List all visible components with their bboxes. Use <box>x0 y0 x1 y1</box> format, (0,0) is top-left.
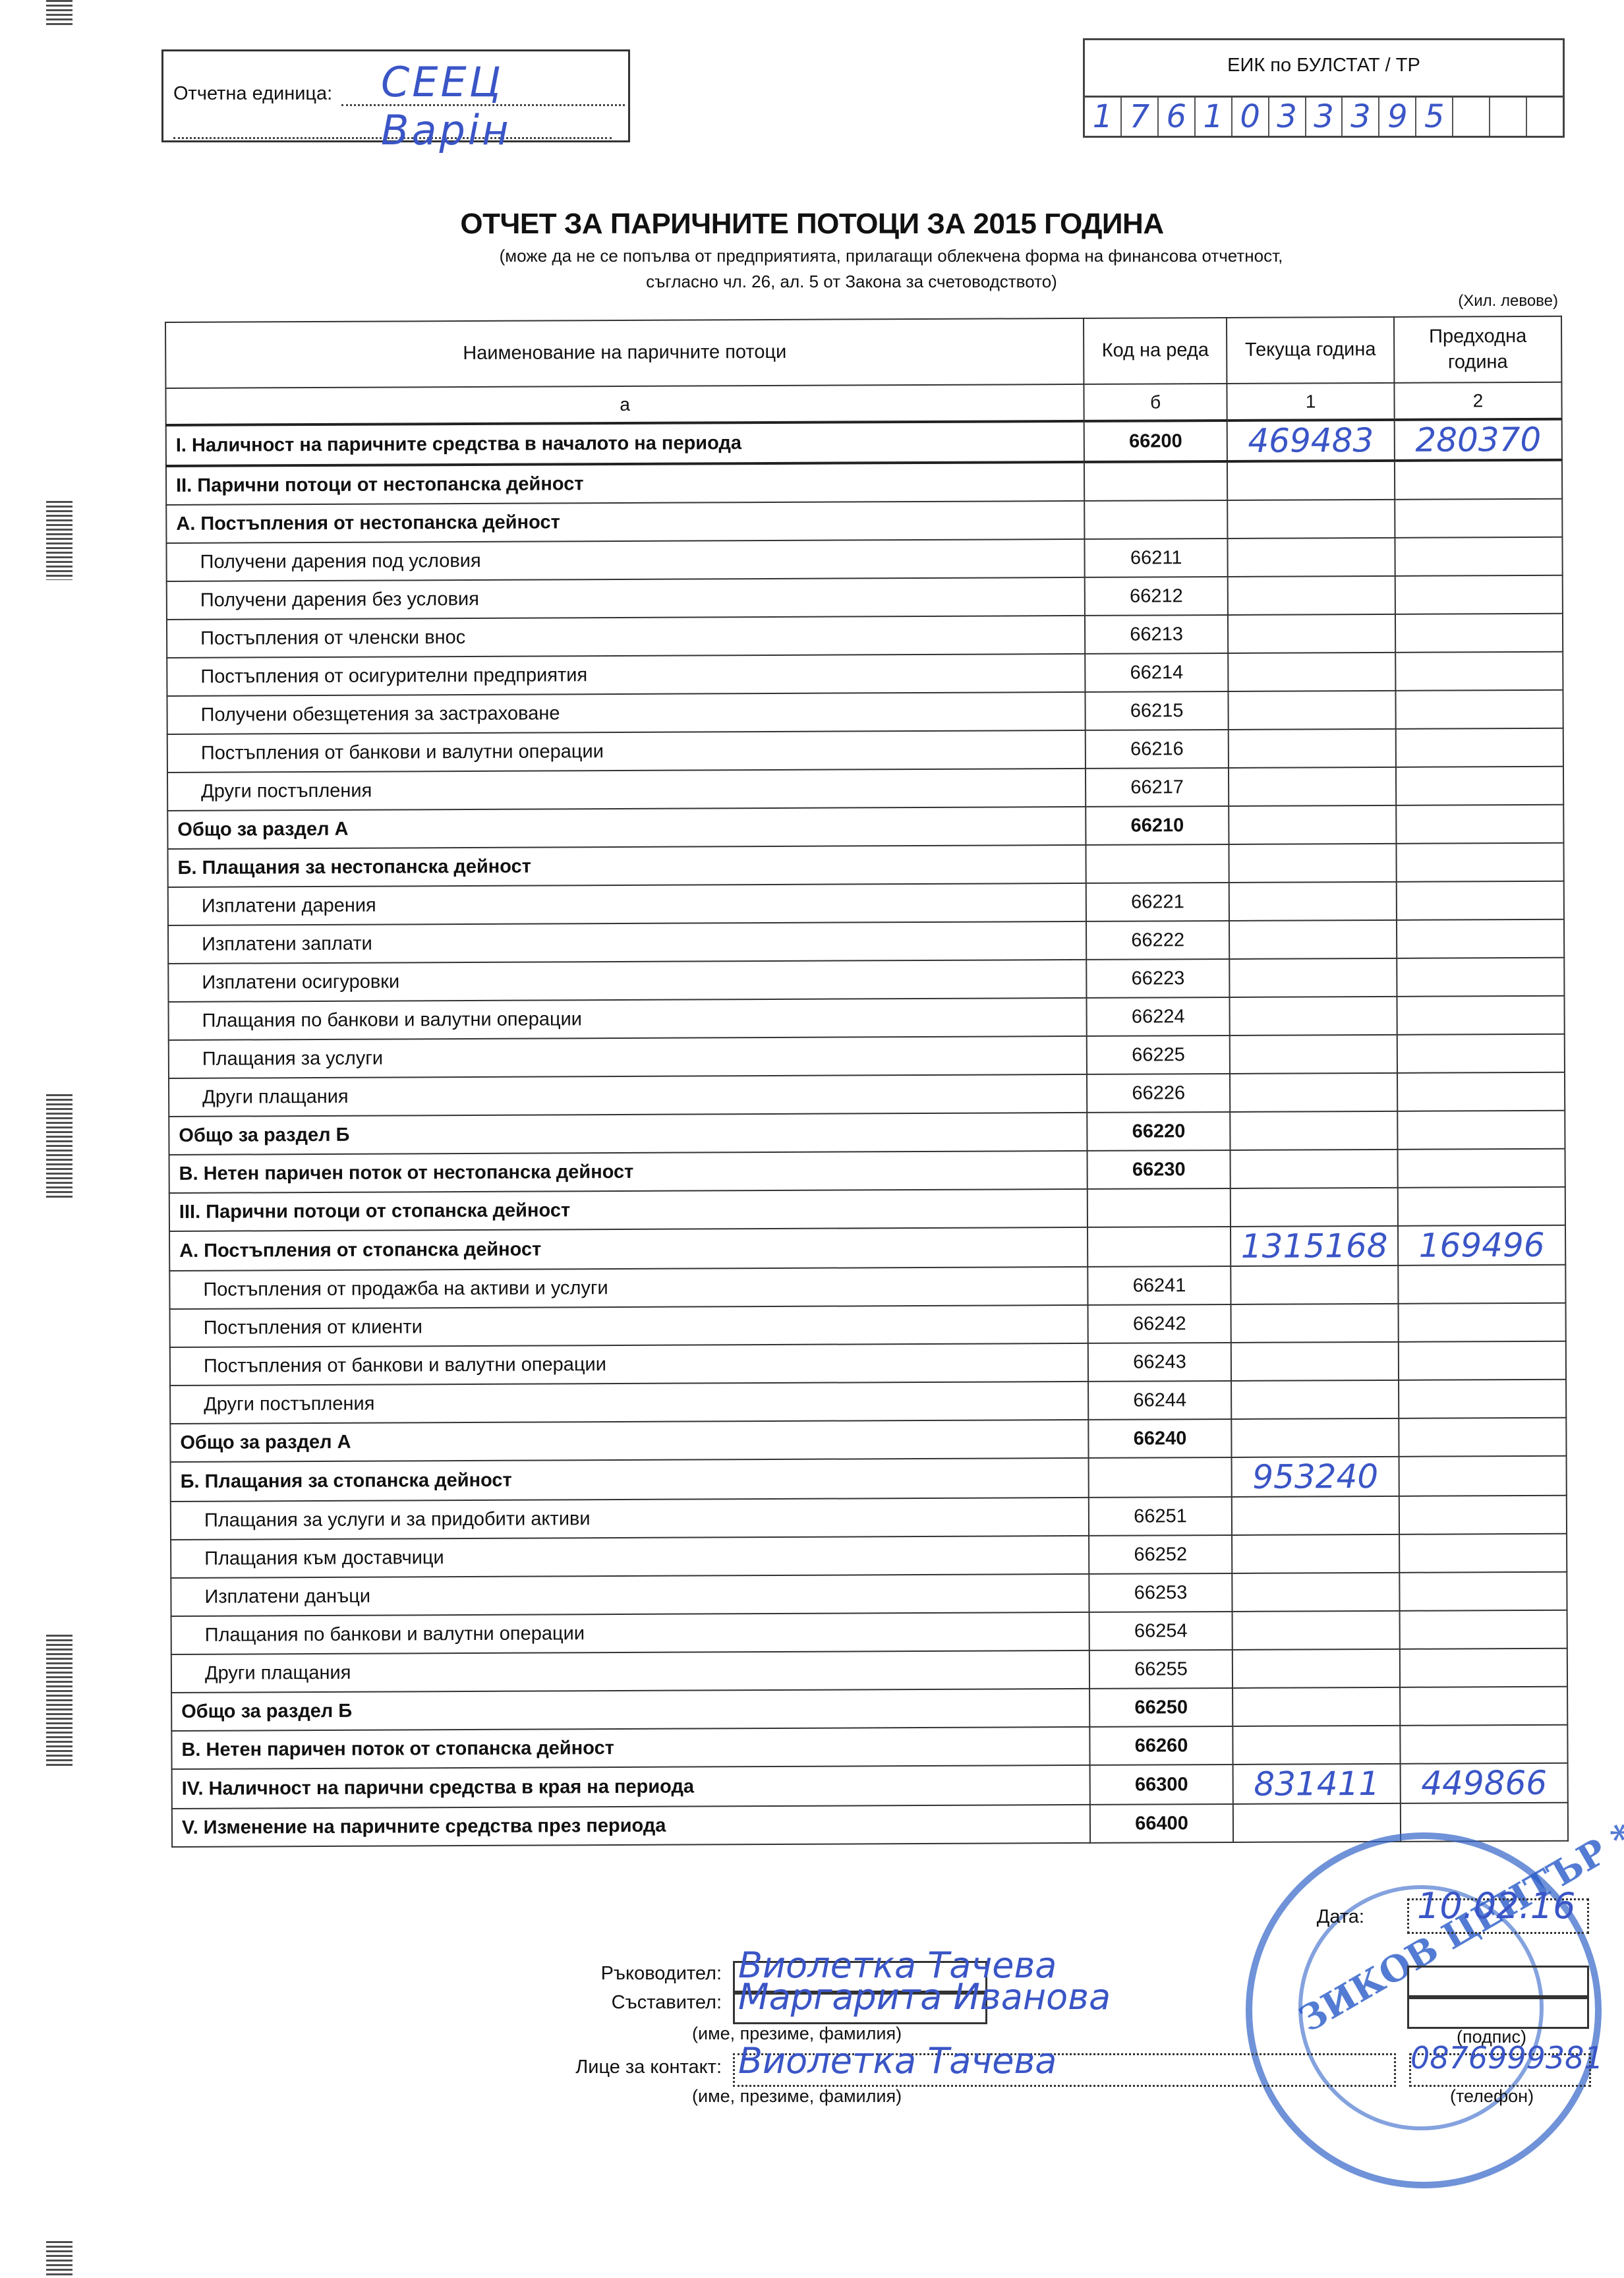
row-code: 66230 <box>1087 1150 1231 1189</box>
row-previous-year-value[interactable] <box>1397 1111 1565 1150</box>
table-row: Плащания по банкови и валутни операции66… <box>169 996 1565 1040</box>
table-row: Плащания за услуги66225 <box>169 1034 1565 1078</box>
table-row: Общо за раздел Б66250 <box>171 1687 1567 1731</box>
row-name: А. Постъпления от стопанска дейност <box>169 1227 1087 1271</box>
row-previous-year-value[interactable]: 449866 <box>1401 1763 1568 1803</box>
eik-label: ЕИК по БУЛСТАТ / ТР <box>1085 55 1563 76</box>
row-name: II. Парични потоци от нестопанска дейнос… <box>166 462 1084 505</box>
row-code: 66250 <box>1089 1688 1232 1727</box>
row-name: Други плащания <box>169 1074 1087 1117</box>
row-previous-year-value[interactable] <box>1395 460 1562 500</box>
eik-digit-cells: 1761033395 <box>1085 96 1563 136</box>
table-row: IV. Наличност на парични средства в края… <box>172 1763 1568 1809</box>
row-current-year-value[interactable] <box>1233 1803 1401 1842</box>
table-row: Постъпления от клиенти66242 <box>170 1303 1566 1347</box>
row-previous-year-value[interactable] <box>1397 996 1565 1035</box>
contact-label: Лице за контакт: <box>524 2057 722 2078</box>
row-previous-year-value[interactable] <box>1397 881 1564 920</box>
row-name: Общо за раздел Б <box>171 1689 1089 1731</box>
row-previous-year-value[interactable] <box>1396 805 1563 844</box>
row-current-year-value[interactable] <box>1232 1534 1399 1573</box>
row-name: Изплатени данъци <box>171 1574 1089 1616</box>
contact-value: Виолетка Тачева <box>738 2040 1057 2082</box>
eik-digit-cell[interactable]: 5 <box>1416 98 1453 136</box>
contact-name-caption: (име, презиме, фамилия) <box>692 2086 902 2107</box>
compiler-label: Съставител: <box>524 1992 722 2014</box>
eik-digit-cell[interactable]: 3 <box>1306 98 1343 136</box>
signature-field-1[interactable] <box>1407 1966 1589 1999</box>
table-row: Получени обезщетения за застраховане6621… <box>167 690 1563 734</box>
row-name: Други постъпления <box>167 769 1086 811</box>
row-name: Постъпления от клиенти <box>170 1305 1088 1347</box>
row-name: Получени дарения под условия <box>166 539 1084 581</box>
eik-digit-cell[interactable]: 0 <box>1232 98 1269 136</box>
row-previous-year-value[interactable] <box>1399 1341 1566 1380</box>
row-current-year-value[interactable] <box>1229 920 1397 959</box>
row-name: Получени дарения без условия <box>167 577 1085 620</box>
row-previous-year-value[interactable] <box>1398 1187 1565 1226</box>
table-row: Постъпления от банкови и валутни операци… <box>167 728 1563 773</box>
row-code: 66220 <box>1087 1112 1230 1151</box>
table-row: Получени дарения под условия66211 <box>166 537 1562 581</box>
row-name: Постъпления от банкови и валутни операци… <box>170 1343 1088 1386</box>
row-name: Плащания към доставчици <box>171 1536 1089 1578</box>
date-label: Дата: <box>1213 1906 1364 1928</box>
row-previous-year-value[interactable] <box>1396 767 1563 805</box>
table-row: Плащания към доставчици66252 <box>171 1534 1567 1578</box>
row-current-year-value[interactable] <box>1229 882 1397 921</box>
table-row: Изплатени заплати66222 <box>168 920 1564 964</box>
table-row: Изплатени дарения66221 <box>168 881 1564 925</box>
row-previous-year-value[interactable] <box>1399 1418 1566 1457</box>
row-name: Б. Плащания за нестопанска дейност <box>167 845 1086 887</box>
reporting-unit-value[interactable]: СЕЕЦ Варін <box>381 58 628 154</box>
row-name: Общо за раздел А <box>167 807 1086 849</box>
row-code: 66217 <box>1086 768 1229 807</box>
cash-flow-table-body: I. Наличност на паричните средства в нач… <box>166 419 1568 1847</box>
row-name: Други плащания <box>171 1650 1089 1693</box>
row-current-year-value[interactable] <box>1229 844 1397 883</box>
signatures-section: Дата: 10.02.16 Ръководител: Виолетка Тач… <box>0 1951 1624 2215</box>
row-previous-year-value[interactable] <box>1397 843 1564 882</box>
units-note: (Хил. левове) <box>1458 292 1558 310</box>
row-name: Постъпления от продажба на активи и услу… <box>169 1267 1087 1309</box>
row-code: 66255 <box>1089 1650 1232 1689</box>
row-code <box>1084 500 1227 539</box>
row-previous-year-value[interactable] <box>1395 499 1562 538</box>
row-name: Постъпления от членски внос <box>167 616 1085 658</box>
row-code: 66253 <box>1089 1573 1232 1612</box>
eik-box: ЕИК по БУЛСТАТ / ТР 1761033395 <box>1083 38 1565 138</box>
table-row: Постъпления от осигурителни предприятия6… <box>167 652 1563 696</box>
table-index-row: а б 1 2 <box>165 382 1561 425</box>
column-header-name: Наименование на паричните потоци <box>165 318 1084 388</box>
row-code: 66400 <box>1090 1804 1233 1843</box>
eik-digit-cell[interactable] <box>1527 98 1563 136</box>
row-code: 66242 <box>1088 1304 1231 1343</box>
row-code: 66213 <box>1085 615 1228 654</box>
row-code <box>1087 1227 1231 1267</box>
eik-digit-cell[interactable]: 3 <box>1343 98 1379 136</box>
row-code: 66252 <box>1089 1535 1232 1574</box>
row-previous-year-value[interactable] <box>1399 1572 1567 1611</box>
table-row: Други плащания66226 <box>169 1072 1565 1117</box>
row-current-year-value[interactable] <box>1227 500 1395 539</box>
table-row: Общо за раздел А66240 <box>170 1418 1566 1462</box>
row-name: Получени обезщетения за застраховане <box>167 692 1085 734</box>
row-code: 66215 <box>1086 691 1229 730</box>
table-row: I. Наличност на паричните средства в нач… <box>166 419 1562 466</box>
row-code: 66251 <box>1089 1497 1232 1536</box>
row-previous-year-value[interactable] <box>1399 1534 1567 1573</box>
row-code: 66300 <box>1090 1765 1233 1805</box>
row-previous-year-value[interactable] <box>1395 690 1563 729</box>
row-code: 66260 <box>1089 1726 1232 1765</box>
date-value: 10.02.16 <box>1417 1885 1575 1927</box>
row-code: 66226 <box>1087 1074 1230 1113</box>
row-current-year-value[interactable]: 1315168 <box>1231 1226 1398 1266</box>
table-row: Други плащания66255 <box>171 1649 1567 1693</box>
row-current-year-value[interactable] <box>1227 461 1395 500</box>
table-row: II. Парични потоци от нестопанска дейнос… <box>166 460 1562 505</box>
row-current-year-value[interactable] <box>1228 576 1395 615</box>
row-code: 66216 <box>1086 730 1229 769</box>
row-current-year-value[interactable] <box>1229 691 1396 730</box>
row-current-year-value[interactable] <box>1228 538 1395 577</box>
manager-label: Ръководител: <box>524 1963 722 1985</box>
row-code: 66212 <box>1085 577 1228 616</box>
row-current-year-value[interactable] <box>1232 1649 1400 1688</box>
row-current-year-value[interactable] <box>1231 1188 1398 1227</box>
row-name: Плащания за услуги <box>169 1036 1087 1078</box>
table-row: А. Постъпления от нестопанска дейност <box>166 499 1562 543</box>
row-current-year-value[interactable] <box>1230 1035 1397 1074</box>
row-previous-year-value[interactable] <box>1398 1149 1565 1188</box>
page-title: ОТЧЕТ ЗА ПАРИЧНИТЕ ПОТОЦИ ЗА 2015 ГОДИНА <box>0 208 1624 241</box>
eik-digit-cell[interactable]: 3 <box>1269 98 1306 136</box>
table-row: Постъпления от банкови и валутни операци… <box>170 1341 1566 1386</box>
row-name: V. Изменение на паричните средства през … <box>172 1805 1090 1847</box>
row-code <box>1084 461 1227 501</box>
table-header-row: Наименование на паричните потоци Код на … <box>165 316 1561 388</box>
row-name: Б. Плащания за стопанска дейност <box>171 1458 1089 1502</box>
scan-binder-marks <box>46 0 86 2278</box>
row-current-year-value[interactable] <box>1230 1073 1397 1112</box>
row-code: 66222 <box>1086 921 1229 960</box>
eik-digit-cell[interactable]: 1 <box>1085 98 1122 136</box>
table-row: Постъпления от членски внос66213 <box>167 614 1563 658</box>
eik-digit-cell[interactable] <box>1453 98 1490 136</box>
row-previous-year-value[interactable] <box>1400 1610 1567 1649</box>
table-row: А. Постъпления от стопанска дейност13151… <box>169 1225 1565 1271</box>
row-code: 66240 <box>1088 1419 1231 1458</box>
row-code: 66224 <box>1087 997 1230 1036</box>
row-code: 66221 <box>1086 883 1229 921</box>
row-code: 66241 <box>1087 1266 1231 1305</box>
row-current-year-value[interactable] <box>1229 767 1396 806</box>
subtitle-line-2: съгласно чл. 26, ал. 5 от Закона за счет… <box>0 272 1624 292</box>
table-row: Изплатени осигуровки66223 <box>168 958 1564 1002</box>
index-previous: 2 <box>1394 382 1561 420</box>
row-previous-year-value[interactable] <box>1397 920 1564 958</box>
table-row: V. Изменение на паричните средства през … <box>172 1803 1568 1847</box>
row-previous-year-value[interactable] <box>1399 1496 1567 1534</box>
row-current-year-value[interactable] <box>1232 1573 1399 1612</box>
compiler-value: Маргарита Иванова <box>738 1976 1111 2018</box>
row-previous-year-value[interactable] <box>1396 728 1563 767</box>
row-name: Плащания за услуги и за придобити активи <box>171 1498 1089 1540</box>
table-row: III. Парични потоци от стопанска дейност <box>169 1187 1565 1231</box>
row-current-year-value[interactable] <box>1228 653 1395 691</box>
table-row: Други постъпления66217 <box>167 767 1563 811</box>
row-previous-year-value[interactable] <box>1400 1687 1567 1726</box>
row-current-year-value[interactable] <box>1231 1150 1398 1188</box>
row-name: IV. Наличност на парични средства в края… <box>172 1765 1090 1809</box>
row-code: 66211 <box>1085 539 1228 577</box>
row-current-year-value[interactable] <box>1232 1726 1400 1765</box>
row-previous-year-value[interactable] <box>1397 1072 1565 1111</box>
row-current-year-value[interactable] <box>1232 1687 1400 1726</box>
table-row: Плащания по банкови и валутни операции66… <box>171 1610 1567 1654</box>
row-code: 66254 <box>1089 1612 1232 1650</box>
row-code: 66214 <box>1085 653 1228 692</box>
row-current-year-value[interactable] <box>1231 1418 1399 1457</box>
eik-digit-cell[interactable]: 7 <box>1122 98 1159 136</box>
row-code <box>1086 844 1229 883</box>
table-row: Общо за раздел А66210 <box>167 805 1563 849</box>
row-previous-year-value[interactable] <box>1398 1265 1565 1304</box>
row-current-year-value[interactable] <box>1231 1304 1399 1343</box>
row-name: А. Постъпления от нестопанска дейност <box>166 501 1084 543</box>
row-previous-year-value[interactable] <box>1400 1725 1567 1764</box>
row-code <box>1087 1188 1231 1227</box>
row-current-year-value[interactable] <box>1228 614 1395 653</box>
eik-digit-cell[interactable]: 1 <box>1196 98 1232 136</box>
row-previous-year-value[interactable] <box>1395 614 1563 653</box>
row-name: В. Нетен паричен поток от нестопанска де… <box>169 1151 1087 1193</box>
eik-digit-cell[interactable]: 6 <box>1159 98 1196 136</box>
table-row: Постъпления от продажба на активи и услу… <box>169 1265 1565 1309</box>
row-previous-year-value[interactable] <box>1397 958 1564 997</box>
row-name: Изплатени заплати <box>168 921 1086 964</box>
index-name: а <box>165 384 1084 425</box>
row-previous-year-value[interactable]: 280370 <box>1395 419 1562 461</box>
row-code: 66244 <box>1088 1381 1231 1420</box>
row-name: Други постъпления <box>170 1382 1088 1424</box>
row-name: III. Парични потоци от стопанска дейност <box>169 1189 1087 1231</box>
row-current-year-value[interactable] <box>1231 1342 1399 1381</box>
row-name: Постъпления от банкови и валутни операци… <box>167 730 1086 773</box>
row-current-year-value[interactable]: 469483 <box>1227 420 1395 461</box>
table-row: В. Нетен паричен поток от нестопанска де… <box>169 1149 1565 1193</box>
eik-digit-cell[interactable]: 9 <box>1379 98 1416 136</box>
row-previous-year-value[interactable] <box>1399 1303 1566 1342</box>
row-current-year-value[interactable]: 831411 <box>1233 1764 1401 1804</box>
index-current: 1 <box>1227 383 1395 421</box>
row-name: Изплатени дарения <box>168 883 1086 925</box>
row-previous-year-value[interactable] <box>1395 575 1563 614</box>
phone-caption: (телефон) <box>1450 2086 1534 2107</box>
row-previous-year-value[interactable]: 169496 <box>1398 1225 1565 1266</box>
row-previous-year-value[interactable] <box>1397 1034 1565 1073</box>
row-name: Общо за раздел А <box>170 1420 1088 1462</box>
row-previous-year-value[interactable] <box>1395 652 1563 691</box>
row-current-year-value[interactable] <box>1231 1380 1399 1419</box>
row-previous-year-value[interactable] <box>1399 1456 1567 1496</box>
row-current-year-value[interactable] <box>1230 1111 1397 1150</box>
row-current-year-value[interactable] <box>1230 997 1397 1036</box>
table-row: Изплатени данъци66253 <box>171 1572 1567 1616</box>
table-row: Плащания за услуги и за придобити активи… <box>171 1496 1567 1540</box>
row-current-year-value[interactable]: 953240 <box>1232 1457 1399 1497</box>
row-current-year-value[interactable] <box>1229 729 1396 768</box>
cash-flow-table: Наименование на паричните потоци Код на … <box>165 316 1569 1848</box>
row-code: 66210 <box>1086 806 1229 845</box>
row-code: 66200 <box>1084 421 1227 462</box>
subtitle-line-1: (може да не се попълва от предприятията,… <box>0 246 1624 266</box>
document-page: Отчетна единица: СЕЕЦ Варін ЕИК по БУЛСТ… <box>0 0 1624 2278</box>
row-current-year-value[interactable] <box>1229 958 1397 997</box>
row-name: Общо за раздел Б <box>169 1113 1087 1155</box>
row-name: В. Нетен паричен поток от стопанска дейн… <box>171 1727 1089 1769</box>
row-name: Постъпления от осигурителни предприятия <box>167 654 1085 696</box>
phone-value: 0876999381 <box>1410 2040 1604 2076</box>
row-current-year-value[interactable] <box>1232 1496 1399 1535</box>
row-name: Плащания по банкови и валутни операции <box>171 1612 1089 1654</box>
row-code: 66225 <box>1087 1036 1230 1074</box>
row-name: I. Наличност на паричните средства в нач… <box>166 421 1084 466</box>
row-current-year-value[interactable] <box>1231 1266 1398 1304</box>
reporting-unit-label: Отчетна единица: <box>173 83 332 105</box>
row-code: 66243 <box>1088 1343 1231 1382</box>
table-row: Получени дарения без условия66212 <box>167 575 1563 620</box>
table-row: В. Нетен паричен поток от стопанска дейн… <box>171 1725 1567 1769</box>
row-previous-year-value[interactable] <box>1395 537 1562 576</box>
row-name: Изплатени осигуровки <box>168 960 1086 1002</box>
index-code: б <box>1084 384 1227 421</box>
row-current-year-value[interactable] <box>1229 805 1396 844</box>
row-previous-year-value[interactable] <box>1400 1649 1567 1687</box>
table-row: Б. Плащания за нестопанска дейност <box>167 843 1563 887</box>
eik-digit-cell[interactable] <box>1490 98 1527 136</box>
row-previous-year-value[interactable] <box>1399 1380 1566 1418</box>
column-header-previous-year: Предходна година <box>1394 316 1561 383</box>
reporting-unit-box: Отчетна единица: СЕЕЦ Варін <box>161 49 630 142</box>
table-row: Други постъпления66244 <box>170 1380 1566 1424</box>
table-row: Б. Плащания за стопанска дейност953240 <box>171 1456 1567 1502</box>
row-current-year-value[interactable] <box>1232 1611 1400 1650</box>
row-code: 66223 <box>1086 959 1229 998</box>
row-name: Плащания по банкови и валутни операции <box>169 998 1087 1040</box>
column-header-code: Код на реда <box>1084 318 1227 384</box>
column-header-current-year: Текуща година <box>1227 317 1394 384</box>
row-code <box>1089 1457 1232 1498</box>
table-row: Общо за раздел Б66220 <box>169 1111 1565 1155</box>
signature-field-2[interactable] <box>1407 1995 1589 2029</box>
